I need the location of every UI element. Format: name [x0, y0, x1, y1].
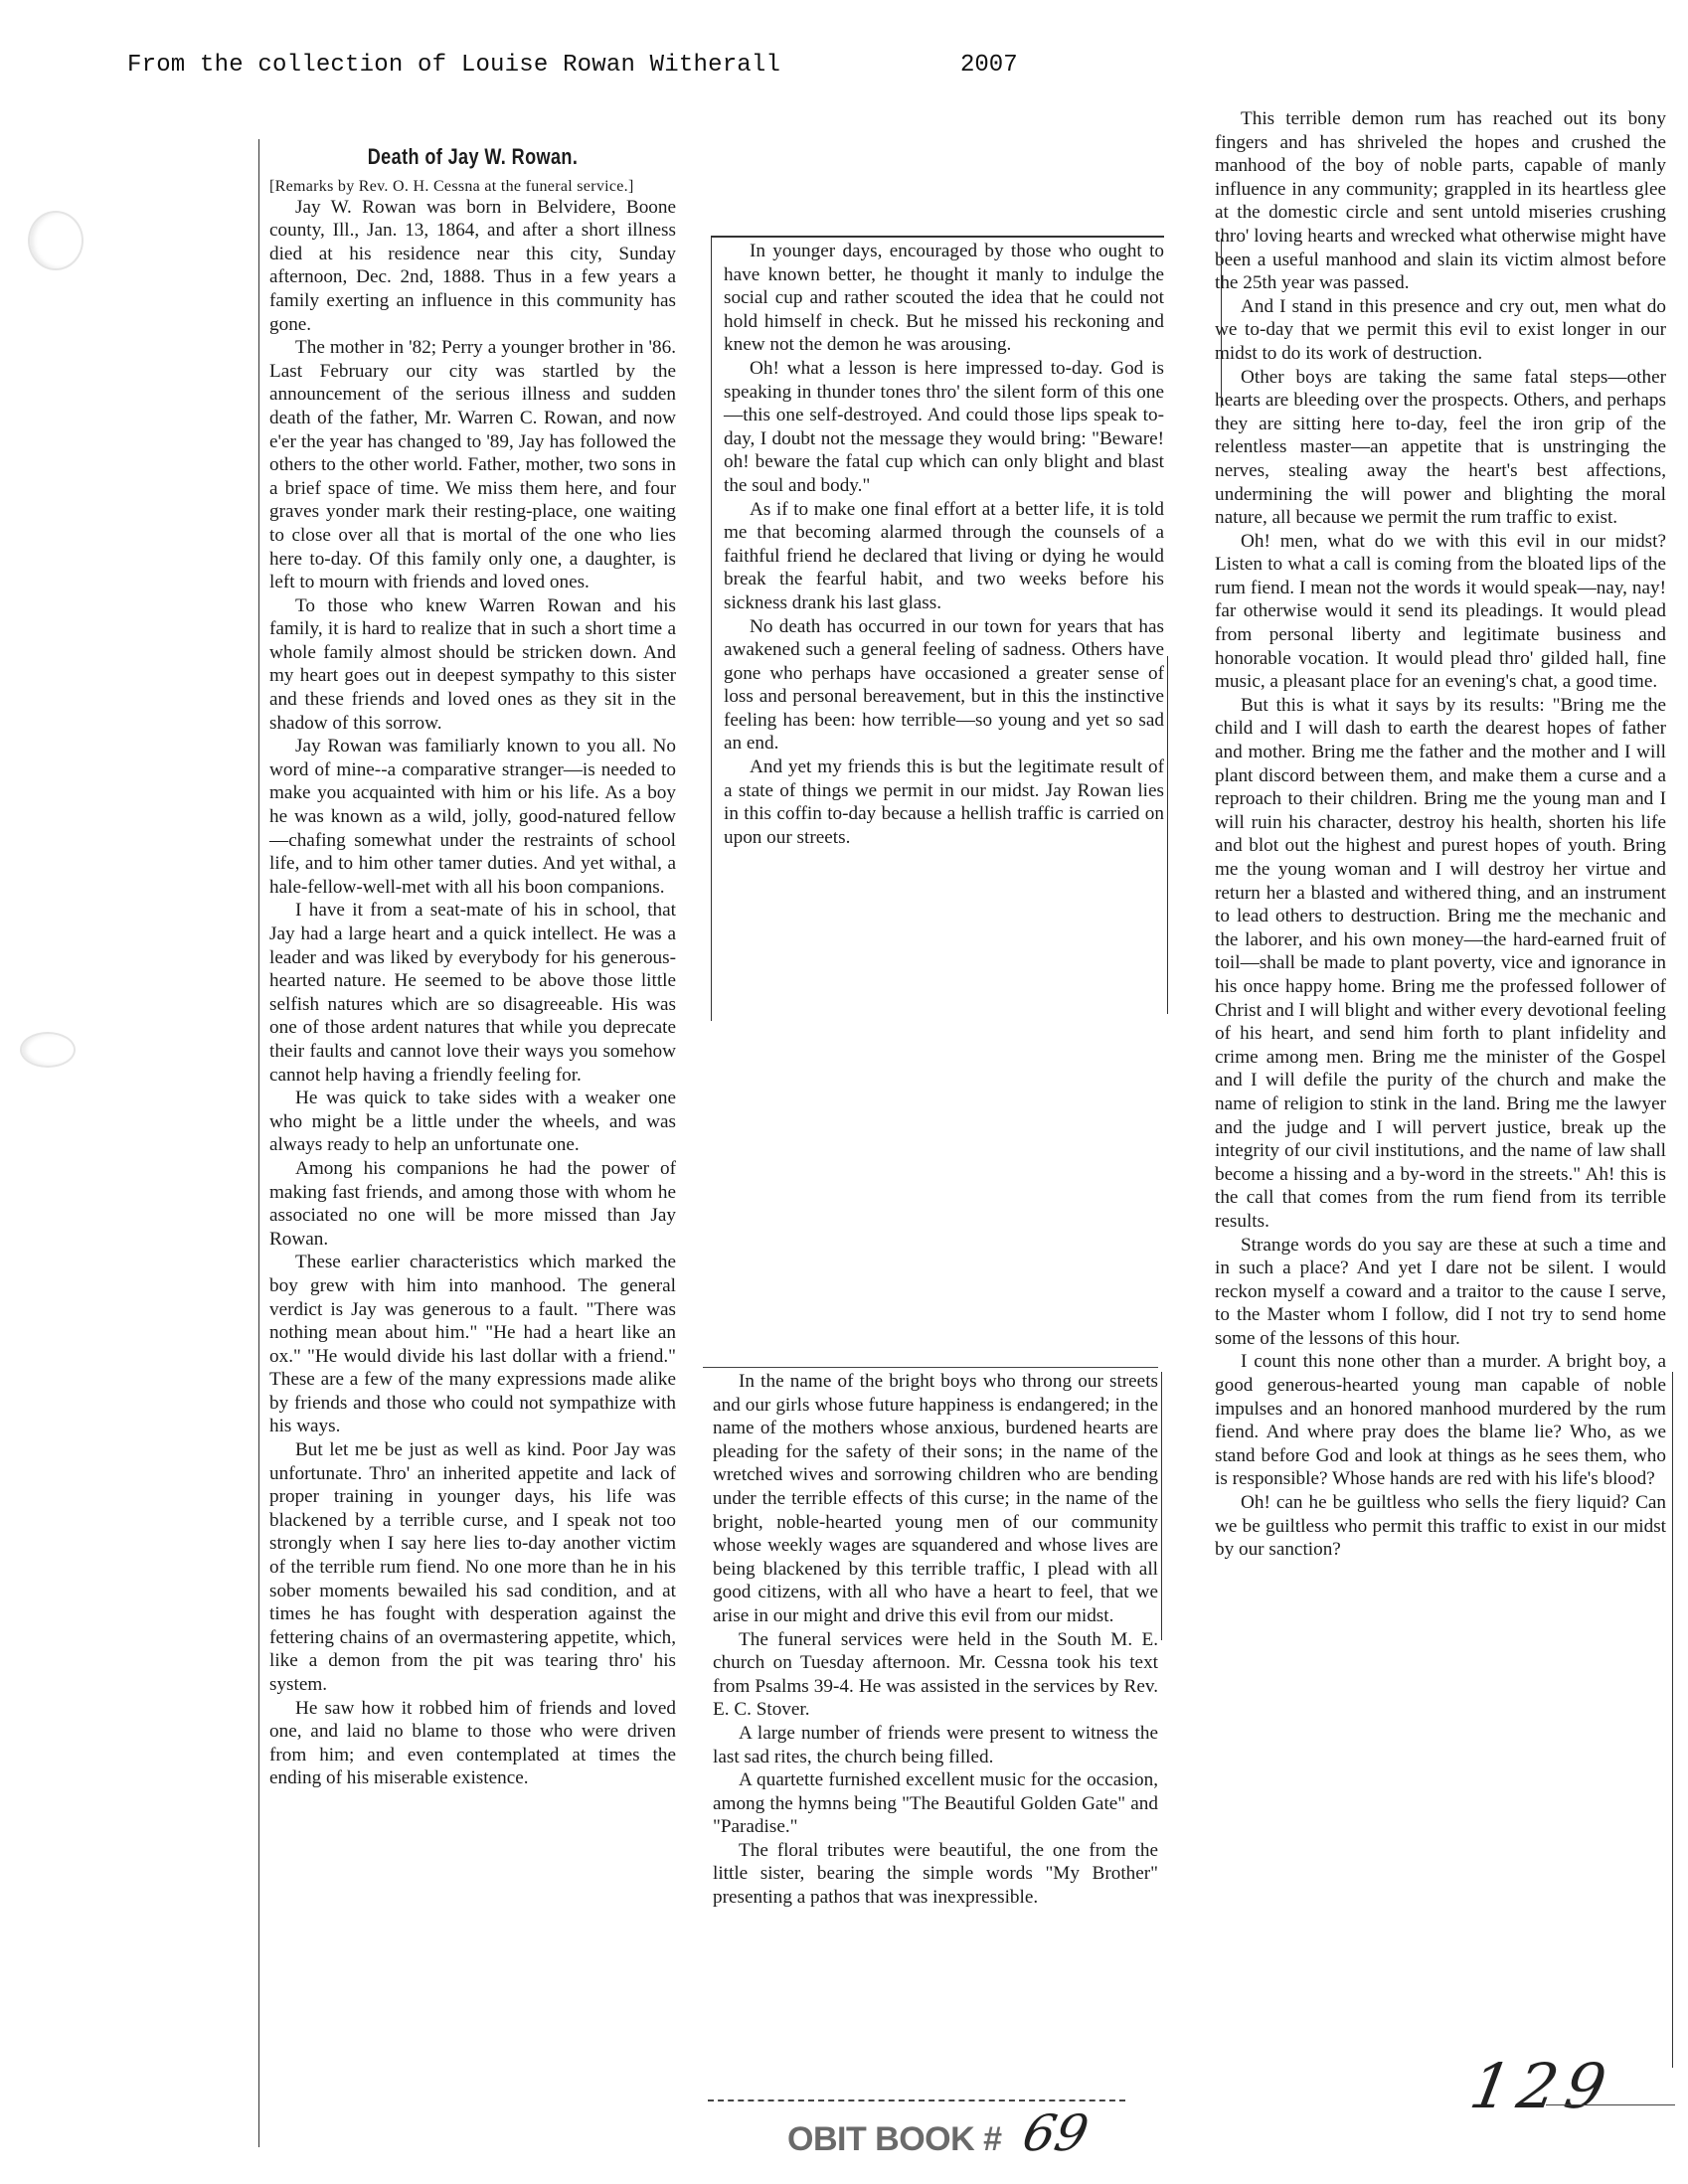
paragraph: He saw how it robbed him of friends and … [269, 1697, 676, 1790]
article-title: Death of Jay W. Rowan. [306, 145, 639, 169]
paragraph: And I stand in this presence and cry out… [1215, 295, 1666, 366]
right-column-paragraphs: This terrible demon rum has reached out … [1215, 107, 1666, 1562]
paragraph: In younger days, encouraged by those who… [724, 240, 1164, 357]
paragraph: As if to make one final effort at a bett… [724, 498, 1164, 615]
article-middle-column-bottom: In the name of the bright boys who thron… [703, 1367, 1158, 1910]
article-subtitle: [Remarks by Rev. O. H. Cessna at the fun… [269, 177, 676, 196]
paragraph: These earlier characteristics which mark… [269, 1251, 676, 1438]
end-rule [708, 2100, 1125, 2101]
paragraph: Among his companions he had the power of… [269, 1157, 676, 1251]
paragraph: No death has occurred in our town for ye… [724, 615, 1164, 756]
paragraph: Strange words do you say are these at su… [1215, 1234, 1666, 1351]
left-column-paragraphs: Jay W. Rowan was born in Belvidere, Boon… [269, 196, 676, 1790]
paragraph: This terrible demon rum has reached out … [1215, 107, 1666, 295]
collection-note: From the collection of Louise Rowan With… [127, 52, 780, 79]
article-middle-column-top: In younger days, encouraged by those who… [711, 236, 1164, 1021]
article-right-column: This terrible demon rum has reached out … [1215, 107, 1670, 1562]
paragraph: But let me be just as well as kind. Poor… [269, 1438, 676, 1697]
obit-book-number: 69 [1018, 2104, 1094, 2162]
paragraph: A large number of friends were present t… [713, 1722, 1158, 1768]
paragraph: And yet my friends this is but the legit… [724, 756, 1164, 849]
column-divider [1221, 239, 1222, 408]
paragraph: But this is what it says by its results:… [1215, 694, 1666, 1234]
middle-bottom-paragraphs: In the name of the bright boys who thron… [713, 1370, 1158, 1910]
collection-year: 2007 [960, 52, 1018, 79]
page-number-underline [1546, 2104, 1675, 2105]
middle-top-paragraphs: In younger days, encouraged by those who… [724, 240, 1164, 849]
article-left-column: Death of Jay W. Rowan. [Remarks by Rev. … [258, 139, 676, 2147]
page-number: 129 [1465, 2050, 1619, 2122]
column-divider [1672, 1372, 1673, 2068]
column-divider [1161, 1372, 1162, 1640]
punch-hole-bottom [20, 1032, 76, 1068]
paragraph: Oh! what a lesson is here impressed to-d… [724, 357, 1164, 498]
paragraph: I have it from a seat-mate of his in sch… [269, 899, 676, 1087]
paragraph: Jay Rowan was familiarly known to you al… [269, 735, 676, 899]
paragraph: He was quick to take sides with a weaker… [269, 1087, 676, 1157]
paragraph: The mother in '82; Perry a younger broth… [269, 336, 676, 594]
paragraph: The funeral services were held in the So… [713, 1628, 1158, 1722]
paragraph: A quartette furnished excellent music fo… [713, 1768, 1158, 1839]
paragraph: The floral tributes were beautiful, the … [713, 1839, 1158, 1910]
paragraph: In the name of the bright boys who thron… [713, 1370, 1158, 1628]
column-divider [1167, 656, 1168, 1014]
punch-hole-top [28, 211, 84, 270]
obit-book-stamp: OBIT BOOK # [787, 2120, 1002, 2159]
paragraph: Other boys are taking the same fatal ste… [1215, 366, 1666, 530]
paragraph: Jay W. Rowan was born in Belvidere, Boon… [269, 196, 676, 337]
paragraph: I count this none other than a murder. A… [1215, 1350, 1666, 1491]
paragraph: To those who knew Warren Rowan and his f… [269, 594, 676, 736]
paragraph: Oh! can he be guiltless who sells the fi… [1215, 1491, 1666, 1562]
paragraph: Oh! men, what do we with this evil in ou… [1215, 530, 1666, 694]
